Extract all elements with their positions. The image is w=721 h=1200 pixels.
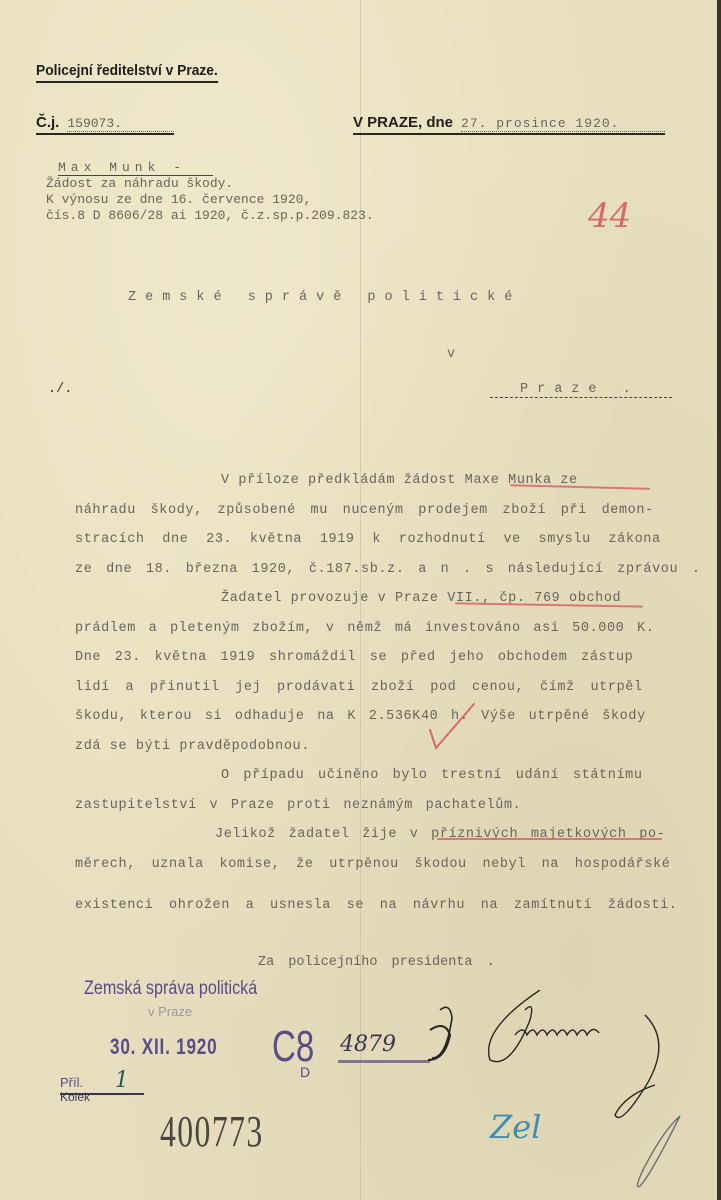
stamp-place: v Praze [148,1004,192,1019]
addressee-line-3: Praze . [490,382,672,398]
subject-line: Žádost za náhradu škody. [46,176,374,192]
addressee-line-2: v [447,347,455,362]
addressee-line-1: Zemské správě politické [128,290,521,305]
ref-number: 159073. [67,116,174,132]
stamp-code-sub: D [300,1064,310,1080]
body-line: zdá se býti pravděpodobnou. [75,732,707,762]
red-underline-wealth [437,838,662,840]
body-line: O případu učiněno bylo trestní udání stá… [75,761,707,791]
body-line: prádlem a pleteným zbožím, v němž má inv… [75,614,707,644]
body-line: Dne 23. května 1919 shromáždil se před j… [75,643,707,673]
kolek-label: Kolek [60,1090,90,1104]
body-line: náhradu škody, způsobené mu nuceným prod… [75,496,707,526]
prilohy-value: 1 [115,1068,129,1093]
body-line: lidí a přinutil jej prodávati zboží pod … [75,673,707,703]
office-heading: Policejní ředitelství v Praze. [36,62,218,83]
closing-line: Za policejního presidenta . [258,955,495,970]
enclosure-mark: ./. [48,382,72,397]
body-line: Žadatel provozuje v Praze VII., čp. 769 … [75,584,707,614]
place-label: V PRAZE, dne [353,114,453,131]
body-line: ze dne 18. března 1920, č.187.sb.z. a n … [75,555,707,585]
body-line: V příloze předkládám žádost Maxe Munka z… [75,466,721,496]
handwritten-number: 4879 [340,1032,396,1057]
body-line: zastupitelství v Praze proti neznámým pa… [75,791,707,821]
body-line: stracích dne 23. května 1919 k rozhodnut… [75,525,707,555]
prilohy-label: Příl. [60,1075,83,1090]
initial-scribble-icon [630,1110,690,1190]
body-line: existenci ohrožen a usnesla se na návrhu… [75,891,707,921]
subject-lines: Žádost za náhradu škody. K výnosu ze dne… [46,176,374,224]
body-line: škodu, kterou si odhaduje na K 2.536K40 … [75,702,707,732]
place-date-field: V PRAZE, dne 27. prosince 1920. [353,114,665,135]
body-line: měrech, uznala komise, že utrpěnou škodo… [75,850,707,880]
paper-edge [717,0,721,1200]
subject-name: Max Munk - [58,160,213,176]
stamp-bar [338,1060,430,1063]
document-date: 27. prosince 1920. [461,116,665,132]
ref-label: Č.j. [36,114,59,131]
stamp-date: 30. XII. 1920 [110,1034,217,1060]
stamp-office: Zemská správa politická [84,978,257,1000]
serial-number: 400773 [160,1106,264,1157]
reference-field: Č.j. 159073. [36,114,174,135]
body-text: V příloze předkládám žádost Maxe Munka z… [75,466,707,921]
body-line: Jelikož žadatel žije v příznivých majetk… [75,820,707,850]
subject-line: čís.8 D 8606/28 ai 1920, č.z.sp.p.209.82… [46,208,374,224]
subject-line: K výnosu ze dne 16. července 1920, [46,192,374,208]
red-checkmark-icon [428,700,478,752]
blue-handwritten-note: Zel [490,1108,541,1146]
red-annotation-number: 44 [588,196,631,236]
